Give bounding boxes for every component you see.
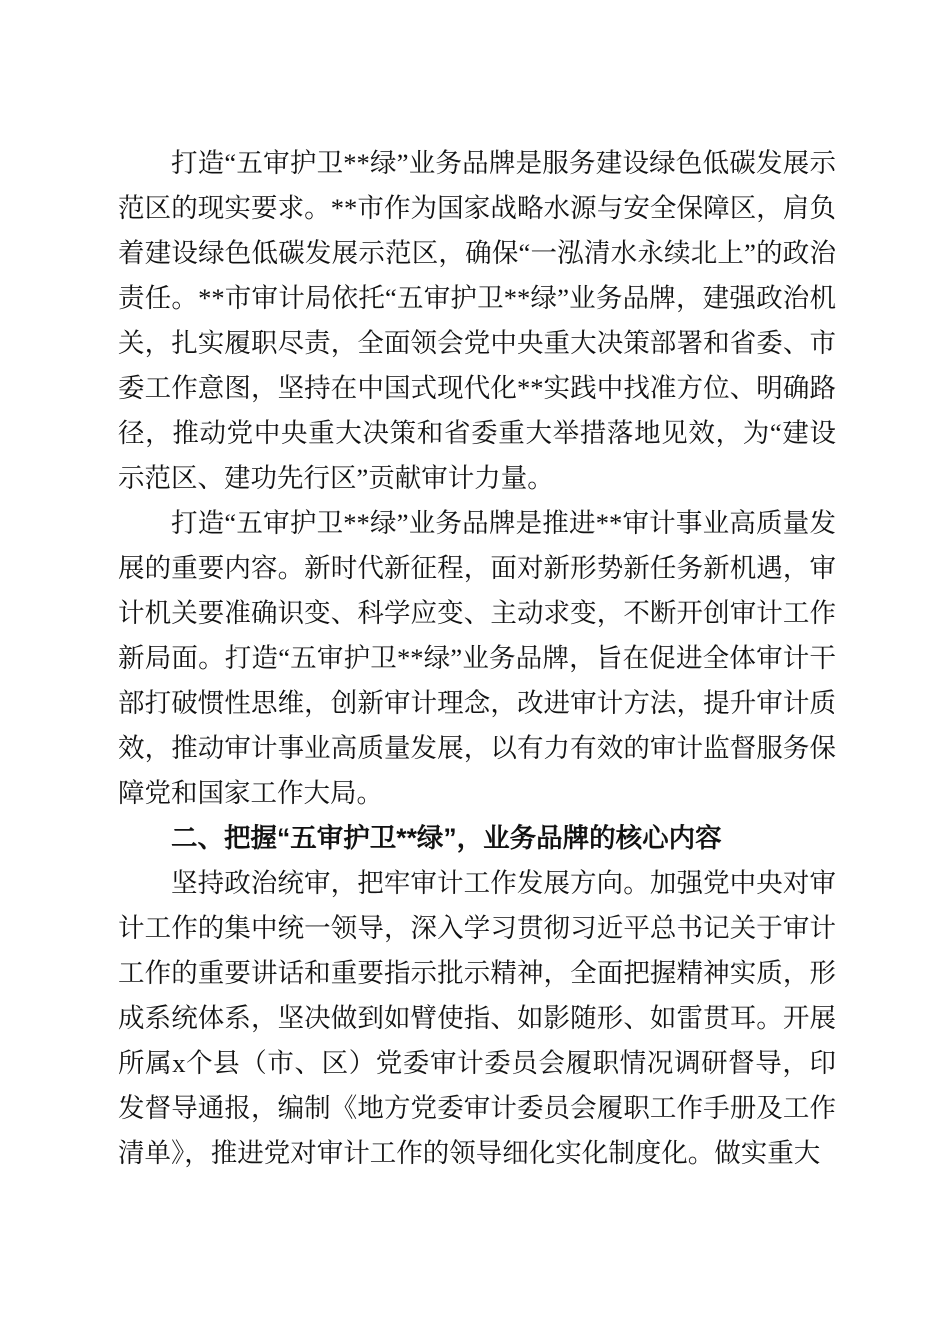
paragraph: 打造“五审护卫**绿”业务品牌是服务建设绿色低碳发展示范区的现实要求。**市作为… (118, 141, 836, 501)
paragraph: 坚持政治统审，把牢审计工作发展方向。加强党中央对审计工作的集中统一领导，深入学习… (118, 861, 836, 1176)
paragraph: 打造“五审护卫**绿”业务品牌是推进**审计事业高质量发展的重要内容。新时代新征… (118, 501, 836, 816)
document-page: 打造“五审护卫**绿”业务品牌是服务建设绿色低碳发展示范区的现实要求。**市作为… (0, 0, 950, 1344)
document-body: 打造“五审护卫**绿”业务品牌是服务建设绿色低碳发展示范区的现实要求。**市作为… (118, 141, 836, 1176)
section-heading: 二、把握“五审护卫**绿”，业务品牌的核心内容 (118, 816, 836, 861)
